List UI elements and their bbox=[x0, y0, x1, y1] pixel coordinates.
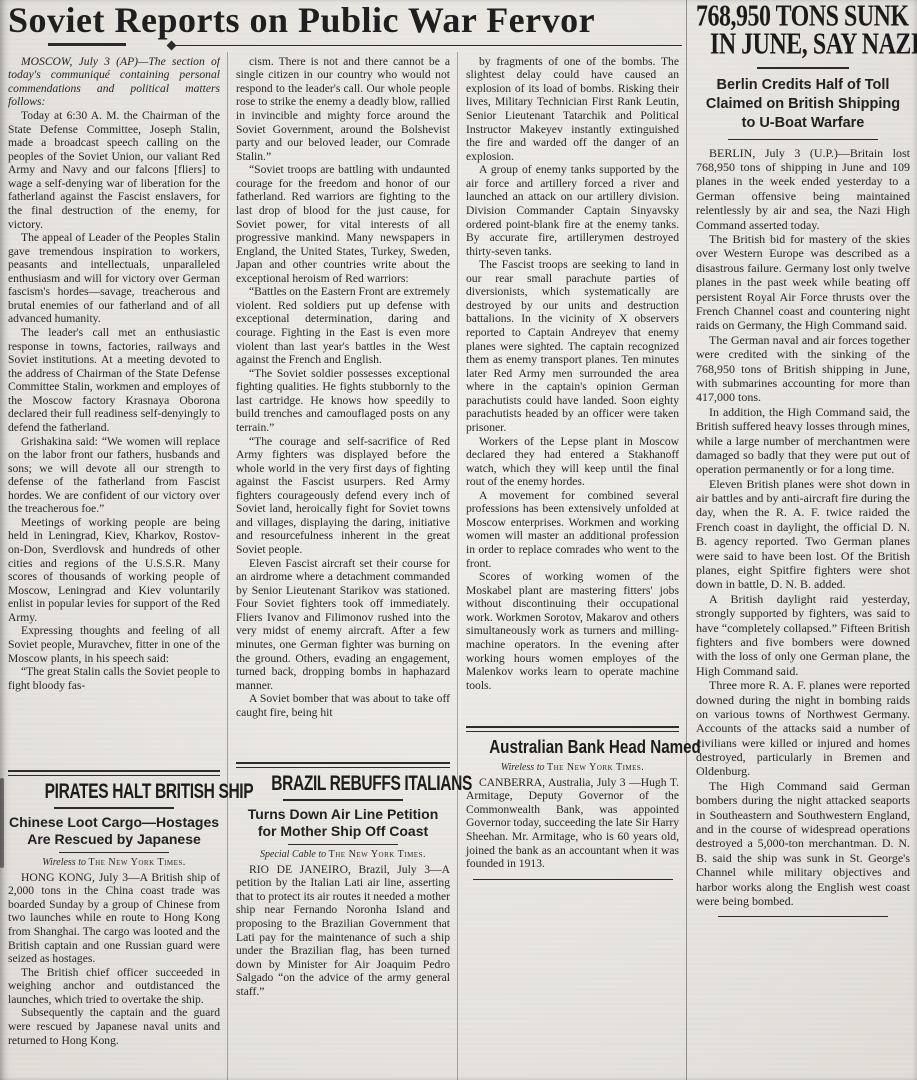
paragraph: Eleven Fascist aircraft set their course… bbox=[236, 557, 450, 693]
paragraph: Expressing thoughts and feeling of all S… bbox=[8, 624, 220, 665]
section-divider bbox=[236, 762, 450, 768]
paragraph: BERLIN, July 3 (U.P.)—Britain lost 768,9… bbox=[696, 146, 910, 232]
paragraph: Three more R. A. F. planes were reported… bbox=[696, 678, 910, 779]
paragraph: The Fascist troops are seeking to land i… bbox=[466, 258, 679, 434]
column-1: MOSCOW, July 3 (AP)—The section of today… bbox=[0, 52, 228, 1080]
paragraph: In addition, the High Command said, the … bbox=[696, 405, 910, 477]
brazil-body: RIO DE JANEIRO, Brazil, July 3—A petitio… bbox=[236, 863, 450, 999]
col2-paragraphs: cism. There is not and there cannot be a… bbox=[236, 55, 450, 720]
paragraph: “Battles on the Eastern Front are extrem… bbox=[236, 285, 450, 366]
col3-paragraphs: by fragments of one of the bombs. The sl… bbox=[466, 55, 679, 692]
pirates-article: PIRATES HALT BRITISH SHIP Chinese Loot C… bbox=[8, 770, 220, 1047]
bank-byline: Wireless to The New York Times. bbox=[466, 762, 679, 773]
paragraph: A group of enemy tanks supported by the … bbox=[466, 163, 679, 258]
paragraph: The British bid for mastery of the skies… bbox=[696, 232, 910, 333]
brazil-headline-text: BRAZIL REBUFFS ITALIANS bbox=[271, 772, 472, 796]
paragraph: “The great Stalin calls the Soviet peopl… bbox=[8, 665, 220, 692]
brazil-headline: BRAZIL REBUFFS ITALIANS bbox=[236, 772, 450, 796]
brazil-byline-rule bbox=[288, 844, 398, 845]
main-headline: Soviet Reports on Public War Fervor bbox=[0, 0, 686, 40]
pirates-headline-text: PIRATES HALT BRITISH SHIP bbox=[45, 780, 254, 804]
tonnage-body: BERLIN, July 3 (U.P.)—Britain lost 768,9… bbox=[696, 146, 910, 909]
pirates-headline: PIRATES HALT BRITISH SHIP bbox=[8, 780, 220, 804]
paragraph: “The Soviet soldier possesses exceptiona… bbox=[236, 367, 450, 435]
paragraph: “The courage and self-sacrifice of Red A… bbox=[236, 435, 450, 557]
paragraph: The leader's call met an enthusiastic re… bbox=[8, 326, 220, 435]
paragraph: Claimed on British Shipping bbox=[696, 95, 910, 114]
bank-headline-text: Australian Bank Head Named bbox=[489, 736, 701, 758]
paragraph: Chinese Loot Cargo—Hostages bbox=[8, 814, 220, 832]
paragraph: The German naval and air forces together… bbox=[696, 333, 910, 405]
column-2: cism. There is not and there cannot be a… bbox=[228, 52, 458, 1080]
byline-paper: The New York Times. bbox=[88, 857, 185, 868]
pirates-body: HONG KONG, July 3—A British ship of 2,00… bbox=[8, 871, 220, 1047]
main-article: Soviet Reports on Public War Fervor MOSC… bbox=[0, 0, 686, 1080]
pirates-byline: Wireless to The New York Times. bbox=[8, 857, 220, 868]
section-divider bbox=[466, 726, 679, 732]
headline-rules bbox=[0, 40, 686, 52]
tonnage-subhead-rule bbox=[728, 139, 878, 140]
paragraph: Meetings of working people are being hel… bbox=[8, 516, 220, 625]
paragraph: for Mother Ship Off Coast bbox=[236, 823, 450, 841]
pirates-byline-rule bbox=[59, 852, 169, 853]
brazil-article: BRAZIL REBUFFS ITALIANS Turns Down Air L… bbox=[236, 762, 450, 999]
paragraph: The High Command said German bombers dur… bbox=[696, 779, 910, 909]
column-3: by fragments of one of the bombs. The sl… bbox=[458, 52, 686, 1080]
main-article-col1-text: MOSCOW, July 3 (AP)—The section of today… bbox=[8, 55, 220, 767]
paragraph: The appeal of Leader of the Peoples Stal… bbox=[8, 231, 220, 326]
paragraph: A British daylight raid yesterday, stron… bbox=[696, 592, 910, 678]
paragraph: Are Rescued by Japanese bbox=[8, 831, 220, 849]
main-article-col2-text: cism. There is not and there cannot be a… bbox=[236, 55, 450, 759]
newspaper-page: Soviet Reports on Public War Fervor MOSC… bbox=[0, 0, 917, 1080]
paragraph: “Soviet troops are battling with undaunt… bbox=[236, 163, 450, 285]
pirates-headline-rule bbox=[54, 807, 174, 809]
bank-body: CANBERRA, Australia, July 3 —Hugh T. Arm… bbox=[466, 776, 679, 871]
bank-article: Australian Bank Head Named Wireless to T… bbox=[466, 726, 679, 880]
col1-paragraphs: Today at 6:30 A. M. the Chairman of the … bbox=[8, 109, 220, 692]
paragraph: to U-Boat Warfare bbox=[696, 114, 910, 133]
byline-paper: The New York Times. bbox=[329, 849, 426, 860]
paragraph: by fragments of one of the bombs. The sl… bbox=[466, 55, 679, 164]
section-divider bbox=[8, 770, 220, 776]
paragraph: Turns Down Air Line Petition bbox=[236, 806, 450, 824]
scan-smudge bbox=[0, 778, 4, 868]
tonnage-headline-rule bbox=[757, 67, 849, 69]
brazil-headline-rule bbox=[283, 799, 403, 801]
byline-prefix: Wireless to bbox=[42, 857, 88, 868]
paragraph: A Soviet bomber that was about to take o… bbox=[236, 692, 450, 719]
paragraph: A movement for combined several professi… bbox=[466, 489, 679, 570]
brazil-subhead: Turns Down Air Line Petitionfor Mother S… bbox=[236, 806, 450, 841]
paragraph: Subsequently the captain and the guard w… bbox=[8, 1006, 220, 1047]
headline-rule-long bbox=[172, 45, 682, 46]
paragraph: RIO DE JANEIRO, Brazil, July 3—A petitio… bbox=[236, 863, 450, 999]
tonnage-headline-line2: IN JUNE, SAY NAZIS bbox=[710, 28, 917, 61]
paragraph: Scores of working women of the Moskabel … bbox=[466, 570, 679, 692]
bank-headline: Australian Bank Head Named bbox=[466, 736, 679, 758]
byline-prefix: Wireless to bbox=[501, 762, 547, 773]
tonnage-subhead: Berlin Credits Half of TollClaimed on Br… bbox=[696, 76, 910, 133]
paragraph: Today at 6:30 A. M. the Chairman of the … bbox=[8, 109, 220, 231]
paragraph: Berlin Credits Half of Toll bbox=[696, 76, 910, 95]
dateline-intro: MOSCOW, July 3 (AP)—The section of today… bbox=[8, 55, 220, 109]
paragraph: CANBERRA, Australia, July 3 —Hugh T. Arm… bbox=[466, 776, 679, 871]
paragraph: Eleven British planes were shot down in … bbox=[696, 477, 910, 592]
bank-end-rule bbox=[473, 879, 673, 880]
brazil-byline: Special Cable to The New York Times. bbox=[236, 849, 450, 860]
tonnage-headline: 768,950 TONS SUNK IN JUNE, SAY NAZIS bbox=[696, 2, 910, 58]
headline-rule-short bbox=[48, 43, 126, 46]
paragraph: cism. There is not and there cannot be a… bbox=[236, 55, 450, 164]
pirates-subhead: Chinese Loot Cargo—HostagesAre Rescued b… bbox=[8, 814, 220, 849]
byline-paper: The New York Times. bbox=[547, 762, 644, 773]
main-article-col3-text: by fragments of one of the bombs. The sl… bbox=[466, 55, 679, 723]
paragraph: HONG KONG, July 3—A British ship of 2,00… bbox=[8, 871, 220, 966]
paragraph: Workers of the Lepse plant in Moscow dec… bbox=[466, 435, 679, 489]
paragraph: Grishakina said: “We women will replace … bbox=[8, 435, 220, 516]
tonnage-end-rule bbox=[718, 916, 888, 917]
paragraph: The British chief officer succeeded in w… bbox=[8, 966, 220, 1007]
byline-prefix: Special Cable to bbox=[260, 849, 329, 860]
tonnage-article: 768,950 TONS SUNK IN JUNE, SAY NAZIS Ber… bbox=[686, 0, 917, 1080]
